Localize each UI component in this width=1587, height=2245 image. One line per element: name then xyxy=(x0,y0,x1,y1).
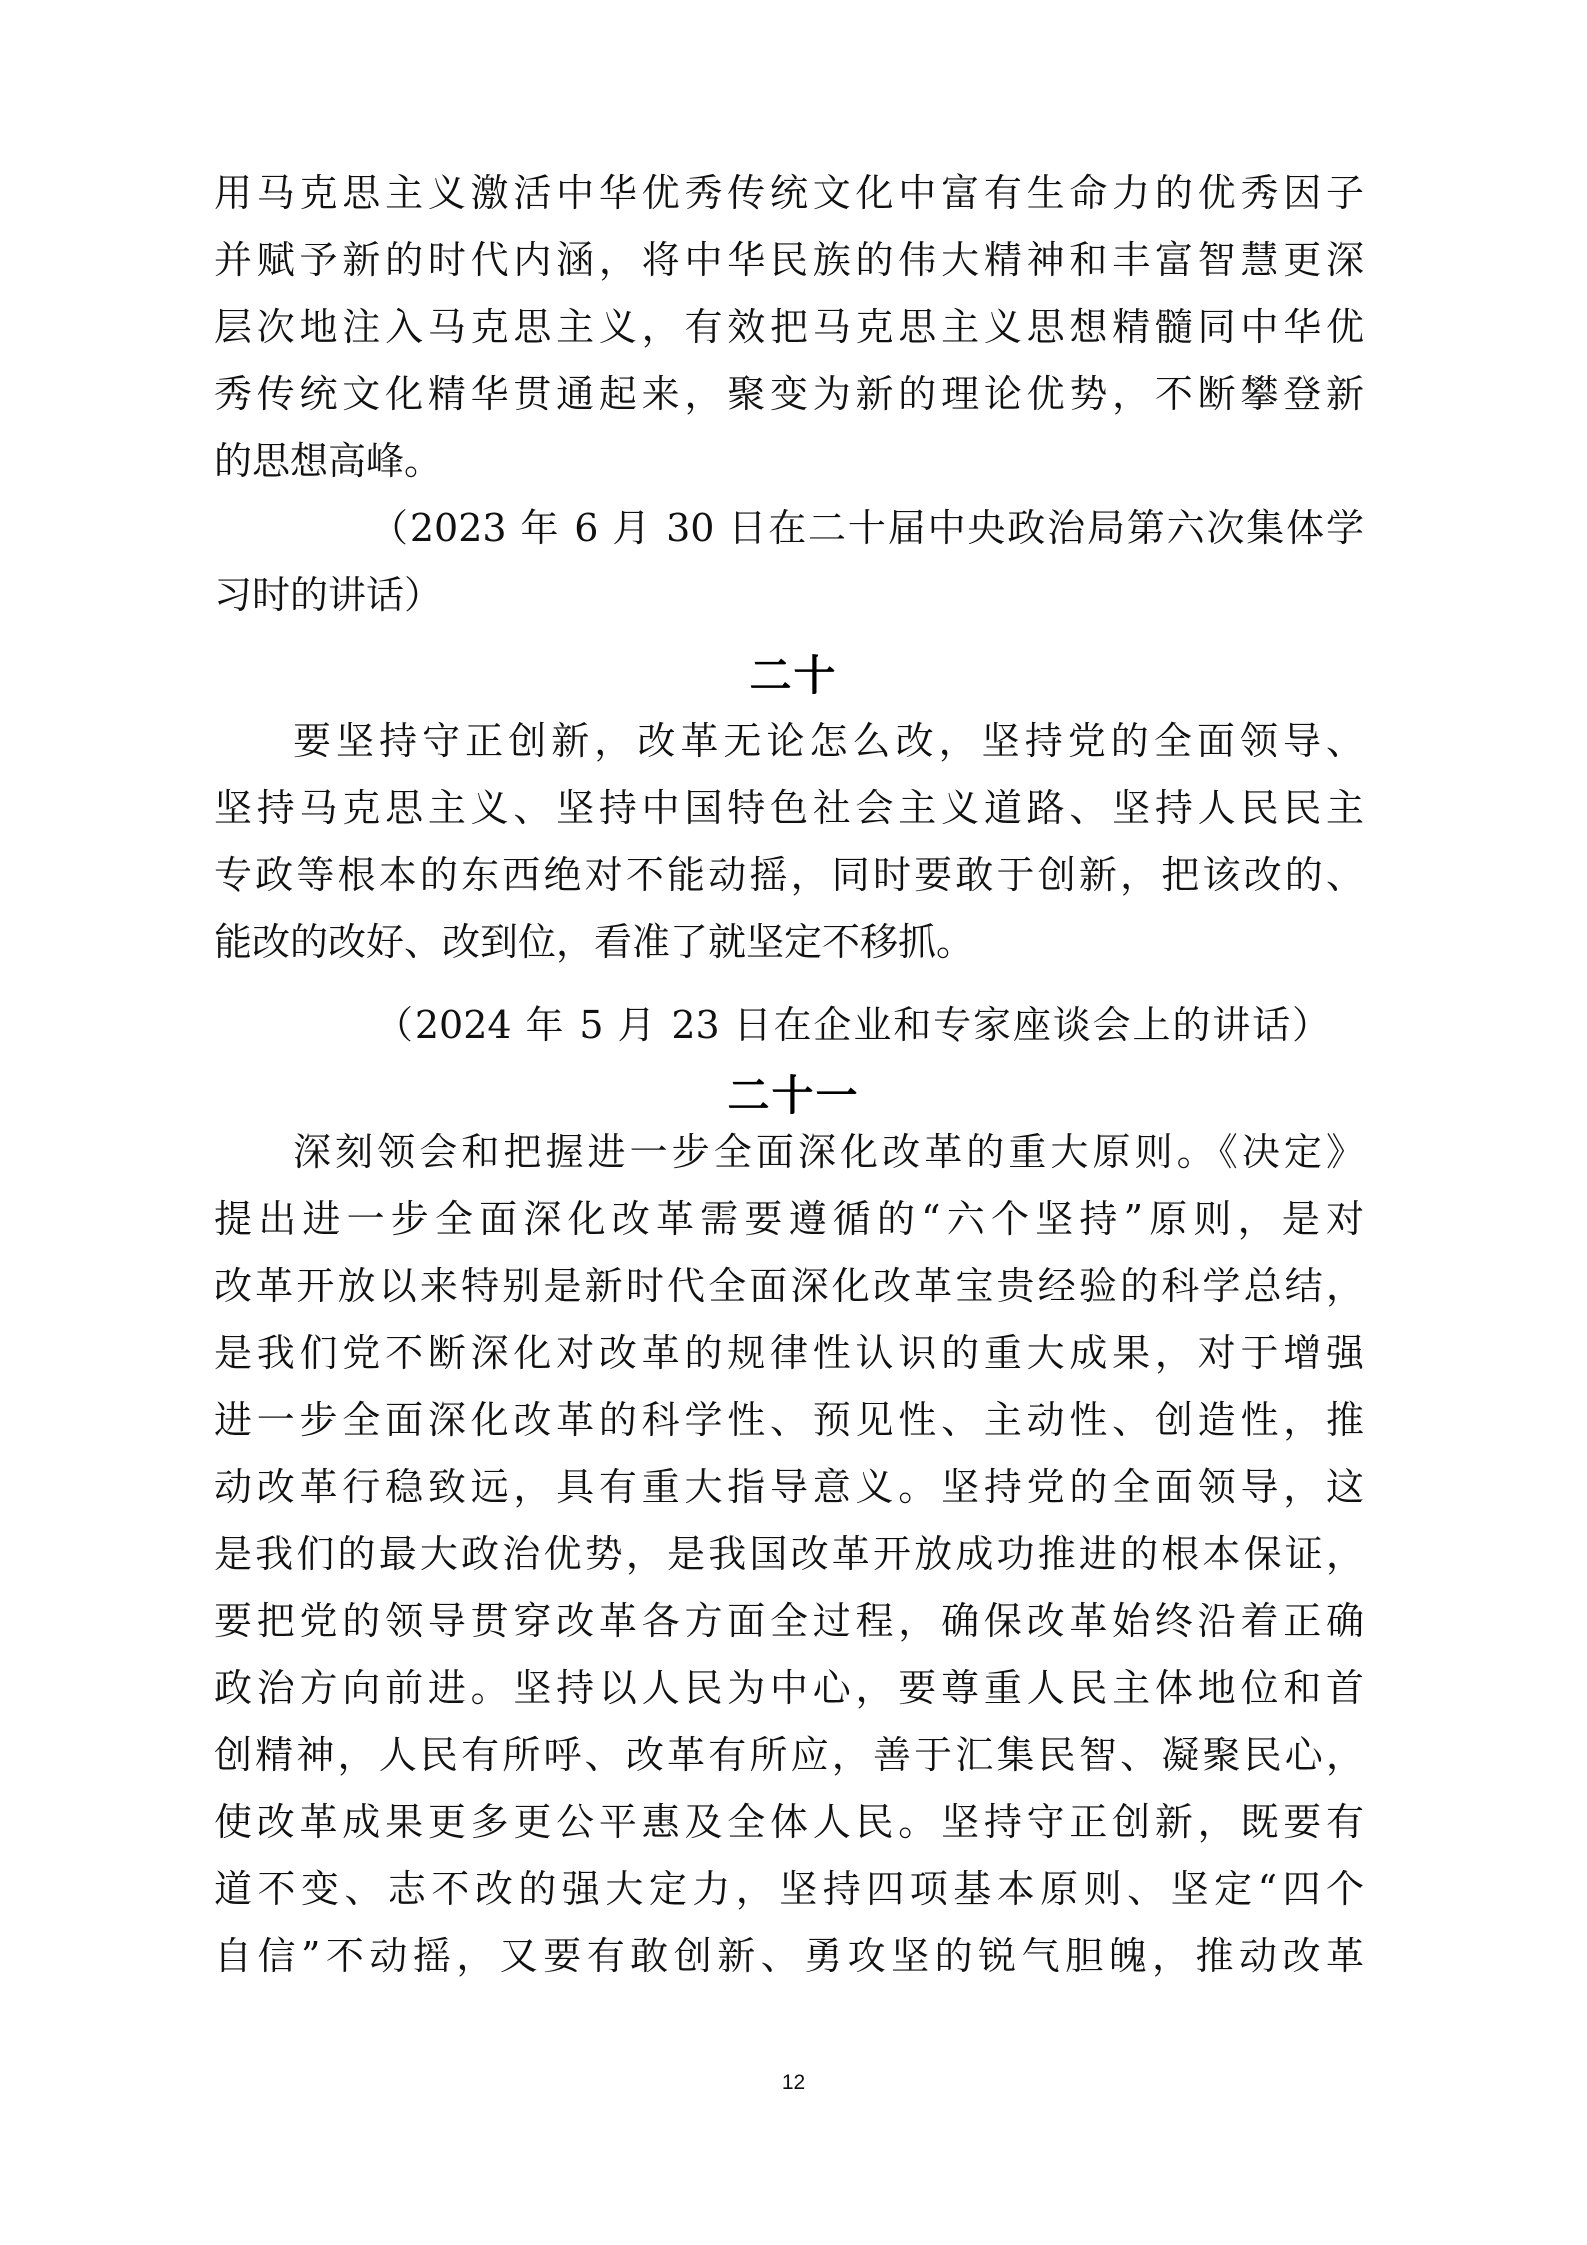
section-heading: 二十一 xyxy=(0,1068,1587,1124)
citation-line: （2024 年 5 月 23 日在企业和专家座谈会上的讲话） xyxy=(375,1000,1330,1050)
paragraph-line: 道不变、志不改的强大定力，坚持四项基本原则、坚定“四个 xyxy=(214,1864,1364,1914)
paragraph-line: 并赋予新的时代内涵，将中华民族的伟大精神和丰富智慧更深 xyxy=(214,235,1364,285)
paragraph-line: 要把党的领导贯穿改革各方面全过程，确保改革始终沿着正确 xyxy=(214,1596,1364,1646)
paragraph-line: 用马克思主义激活中华优秀传统文化中富有生命力的优秀因子 xyxy=(214,168,1364,218)
paragraph-line: 自信”不动摇，又要有敢创新、勇攻坚的锐气胆魄，推动改革 xyxy=(214,1931,1364,1981)
paragraph-line: 坚持马克思主义、坚持中国特色社会主义道路、坚持人民民主 xyxy=(214,783,1364,833)
page-number: 12 xyxy=(0,2070,1587,2096)
citation-line: （2023 年 6 月 30 日在二十届中央政治局第六次集体学 xyxy=(370,503,1364,553)
paragraph-line: 动改革行稳致远，具有重大指导意义。坚持党的全面领导，这 xyxy=(214,1462,1364,1512)
paragraph-line: 使改革成果更多更公平惠及全体人民。坚持守正创新，既要有 xyxy=(214,1797,1364,1847)
citation-line: 习时的讲话） xyxy=(214,570,1364,620)
paragraph-line: 政治方向前进。坚持以人民为中心，要尊重人民主体地位和首 xyxy=(214,1663,1364,1713)
paragraph-line: 改革开放以来特别是新时代全面深化改革宝贵经验的科学总结， xyxy=(214,1261,1364,1311)
section-heading: 二十 xyxy=(0,648,1587,704)
paragraph-line: 进一步全面深化改革的科学性、预见性、主动性、创造性，推 xyxy=(214,1395,1364,1445)
paragraph-line: 深刻领会和把握进一步全面深化改革的重大原则。《决定》 xyxy=(293,1127,1364,1177)
paragraph-line: 能改的改好、改到位，看准了就坚定不移抓。 xyxy=(214,917,1364,967)
paragraph-line: 是我们的最大政治优势，是我国改革开放成功推进的根本保证， xyxy=(214,1529,1364,1579)
paragraph-line: 的思想高峰。 xyxy=(214,436,1364,486)
paragraph-line: 提出进一步全面深化改革需要遵循的“六个坚持”原则，是对 xyxy=(214,1194,1364,1244)
paragraph-line: 层次地注入马克思主义，有效把马克思主义思想精髓同中华优 xyxy=(214,302,1364,352)
paragraph-line: 是我们党不断深化对改革的规律性认识的重大成果，对于增强 xyxy=(214,1328,1364,1378)
document-page: 用马克思主义激活中华优秀传统文化中富有生命力的优秀因子 并赋予新的时代内涵，将中… xyxy=(0,0,1587,2245)
paragraph-line: 秀传统文化精华贯通起来，聚变为新的理论优势，不断攀登新 xyxy=(214,369,1364,419)
paragraph-line: 创精神，人民有所呼、改革有所应，善于汇集民智、凝聚民心， xyxy=(214,1730,1364,1780)
paragraph-line: 专政等根本的东西绝对不能动摇，同时要敢于创新，把该改的、 xyxy=(214,850,1364,900)
paragraph-line: 要坚持守正创新，改革无论怎么改，坚持党的全面领导、 xyxy=(293,716,1364,766)
